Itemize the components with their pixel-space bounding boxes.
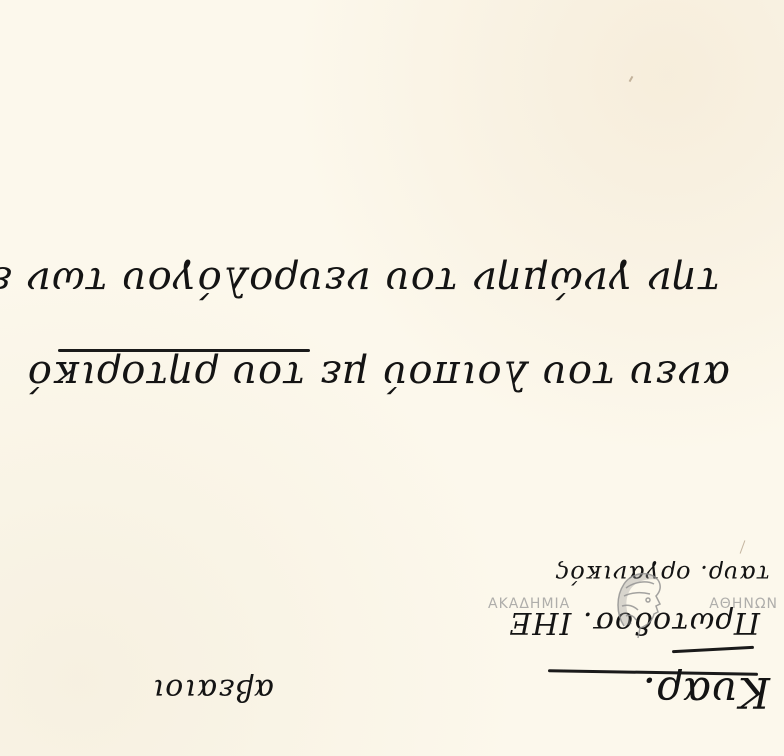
handwritten-line-2: ανευ του λοιπού με του ρητορικό	[60, 352, 730, 398]
signature-line-3: Κυαρ.	[600, 668, 770, 717]
bottom-left-note: αβεαιοι	[104, 672, 274, 707]
watermark-right-text: ΑΘΗΝΩΝ	[709, 596, 778, 612]
athena-head-icon	[610, 566, 668, 640]
watermark-left-text: ΑΚΑΔΗΜΙΑ	[488, 596, 570, 612]
handwritten-line-1: την γνώμην του νευρολόγου των εκτάσεων	[30, 258, 720, 304]
